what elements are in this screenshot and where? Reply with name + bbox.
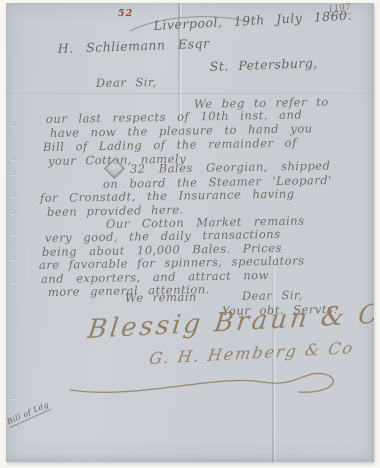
binding-dot bbox=[11, 256, 15, 260]
recipient-name: H. Schliemann Esqr bbox=[58, 38, 210, 55]
binding-dot bbox=[11, 193, 15, 197]
letter-line: for Cronstadt, the Insurance having bbox=[40, 188, 295, 204]
signature-flourish-icon bbox=[66, 368, 356, 400]
binding-dot bbox=[11, 156, 15, 160]
binding-dot bbox=[11, 122, 15, 126]
binding-dot bbox=[11, 231, 15, 235]
binding-dot bbox=[11, 279, 15, 283]
docket-note: Bill of Ldg bbox=[6, 400, 51, 428]
binding-dot bbox=[11, 210, 15, 214]
binding-dot bbox=[11, 395, 15, 399]
binding-dot bbox=[11, 171, 15, 175]
letter-line: Bill of Lading of the remainder of bbox=[43, 137, 297, 153]
letter-sheet: 52 1197 Liverpool, 19th July 1860. H. Sc… bbox=[6, 3, 374, 462]
closing-we-remain: We remain bbox=[125, 291, 197, 304]
signature-countersign: G. H. Hemberg & Co bbox=[148, 338, 356, 368]
salutation: Dear Sir, bbox=[96, 76, 157, 89]
closing-dear-sir: Dear Sir, bbox=[242, 289, 303, 302]
recipient-city: St. Petersburg, bbox=[210, 57, 318, 73]
